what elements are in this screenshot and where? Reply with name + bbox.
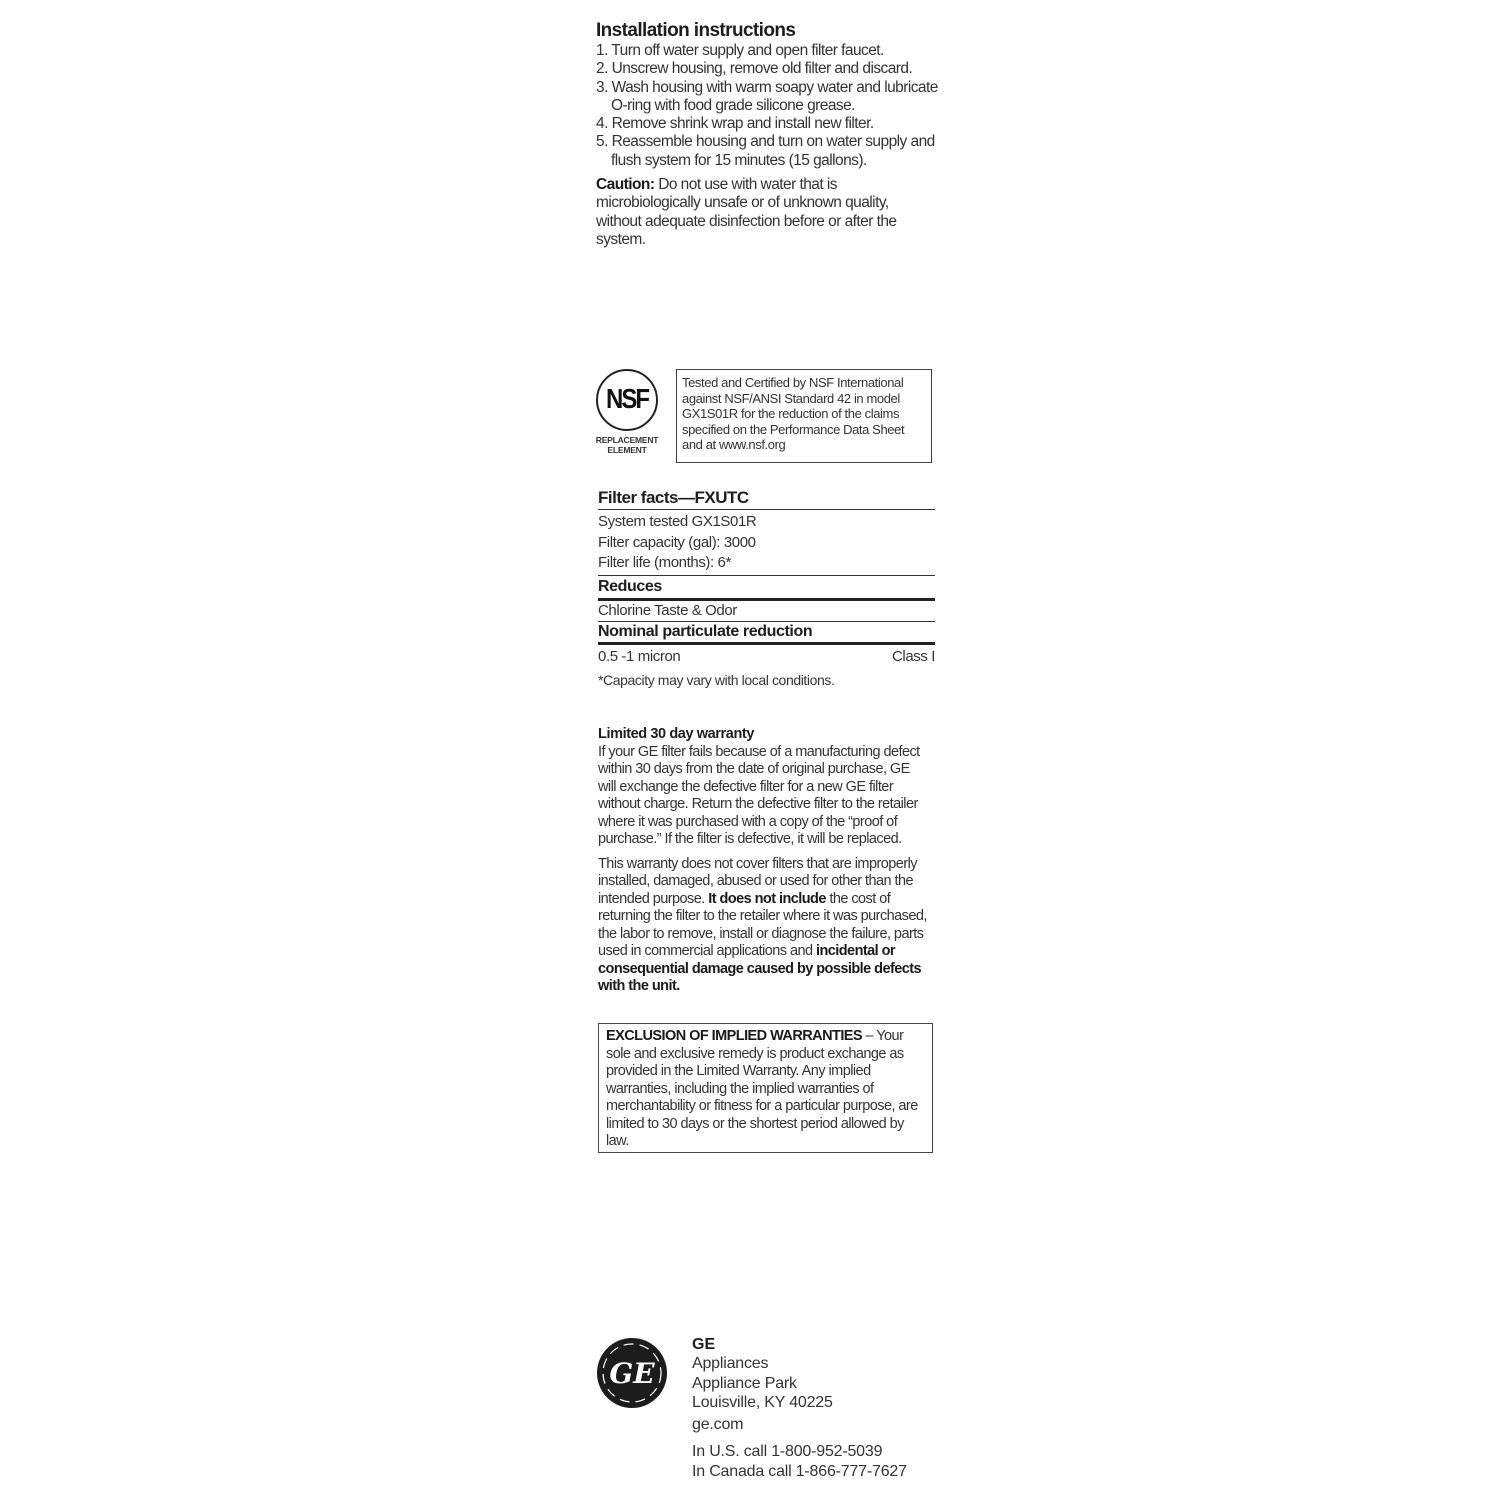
company-info: GE Appliances Appliance Park Louisville,… (692, 1335, 952, 1481)
particulate-range: 0.5 -1 micron (598, 645, 680, 668)
certification-line: against NSF/ANSI Standard 42 in model (682, 391, 926, 407)
exclusion-heading: EXCLUSION OF IMPLIED WARRANTIES (606, 1028, 862, 1044)
exclusion-body: – Your sole and exclusive remedy is prod… (606, 1028, 918, 1149)
caution-note: Caution: Do not use with water that is m… (596, 176, 916, 249)
particulate-row: 0.5 -1 micron Class I (598, 645, 935, 668)
particulate-heading: Nominal particulate reduction (598, 622, 935, 642)
nsf-certification-box: Tested and Certified by NSF Internationa… (676, 369, 932, 463)
warranty-title: Limited 30 day warranty (598, 726, 938, 744)
filter-life: Filter life (months): 6* (598, 554, 935, 575)
system-tested: System tested GX1S01R (598, 511, 935, 532)
caution-label: Caution: (596, 176, 654, 193)
filter-capacity: Filter capacity (gal): 3000 (598, 532, 935, 554)
capacity-note: *Capacity may vary with local conditions… (598, 670, 935, 690)
exclusion-text: EXCLUSION OF IMPLIED WARRANTIES – Your s… (606, 1028, 925, 1151)
us-phone: In U.S. call 1-800-952-5039 (692, 1442, 952, 1462)
company-address-line: Appliance Park (692, 1374, 952, 1394)
canada-phone: In Canada call 1-866-777-7627 (692, 1462, 952, 1482)
company-name: GE (692, 1335, 952, 1354)
particulate-class: Class I (892, 645, 935, 668)
installation-step: 1. Turn off water supply and open filter… (596, 42, 941, 60)
reduces-item: Chlorine Taste & Odor (598, 601, 935, 621)
exclusion-box: EXCLUSION OF IMPLIED WARRANTIES – Your s… (598, 1023, 933, 1153)
warranty-paragraph: If your GE filter fails because of a man… (598, 744, 920, 849)
installation-section: Installation instructions 1. Turn off wa… (596, 20, 941, 249)
warranty-bold-text: It does not include (708, 891, 826, 907)
certification-line: and at www.nsf.org (682, 437, 926, 453)
certification-line: GX1S01R for the reduction of the claims (682, 406, 926, 422)
filter-facts-title: Filter facts—FXUTC (598, 487, 935, 510)
company-website: ge.com (692, 1415, 952, 1435)
company-address-line: Louisville, KY 40225 (692, 1393, 952, 1413)
nsf-caption: REPLACEMENT ELEMENT (590, 435, 664, 455)
spacer (692, 1434, 952, 1442)
installation-step: 5. Reassemble housing and turn on water … (596, 133, 941, 170)
certification-line: specified on the Performance Data Sheet (682, 422, 926, 438)
svg-text:GE: GE (609, 1357, 655, 1390)
filter-facts-table: Filter facts—FXUTC System tested GX1S01R… (598, 487, 935, 690)
certification-line: Tested and Certified by NSF Internationa… (682, 375, 926, 391)
installation-steps: 1. Turn off water supply and open filter… (596, 42, 941, 170)
reduces-heading: Reduces (598, 576, 935, 598)
company-division: Appliances (692, 1354, 952, 1374)
installation-step: 3. Wash housing with warm soapy water an… (596, 79, 941, 116)
ge-monogram-icon: GE (597, 1338, 667, 1408)
installation-title: Installation instructions (596, 20, 941, 42)
nsf-logo-text: NSF (606, 384, 648, 416)
installation-step: 2. Unscrew housing, remove old filter an… (596, 60, 941, 78)
ge-logo-icon: GE (597, 1338, 667, 1408)
warranty-exclusions-paragraph: This warranty does not cover filters tha… (598, 856, 930, 996)
nsf-logo-icon: NSF (596, 369, 658, 431)
installation-step: 4. Remove shrink wrap and install new fi… (596, 115, 941, 133)
warranty-section: Limited 30 day warranty If your GE filte… (598, 726, 938, 996)
